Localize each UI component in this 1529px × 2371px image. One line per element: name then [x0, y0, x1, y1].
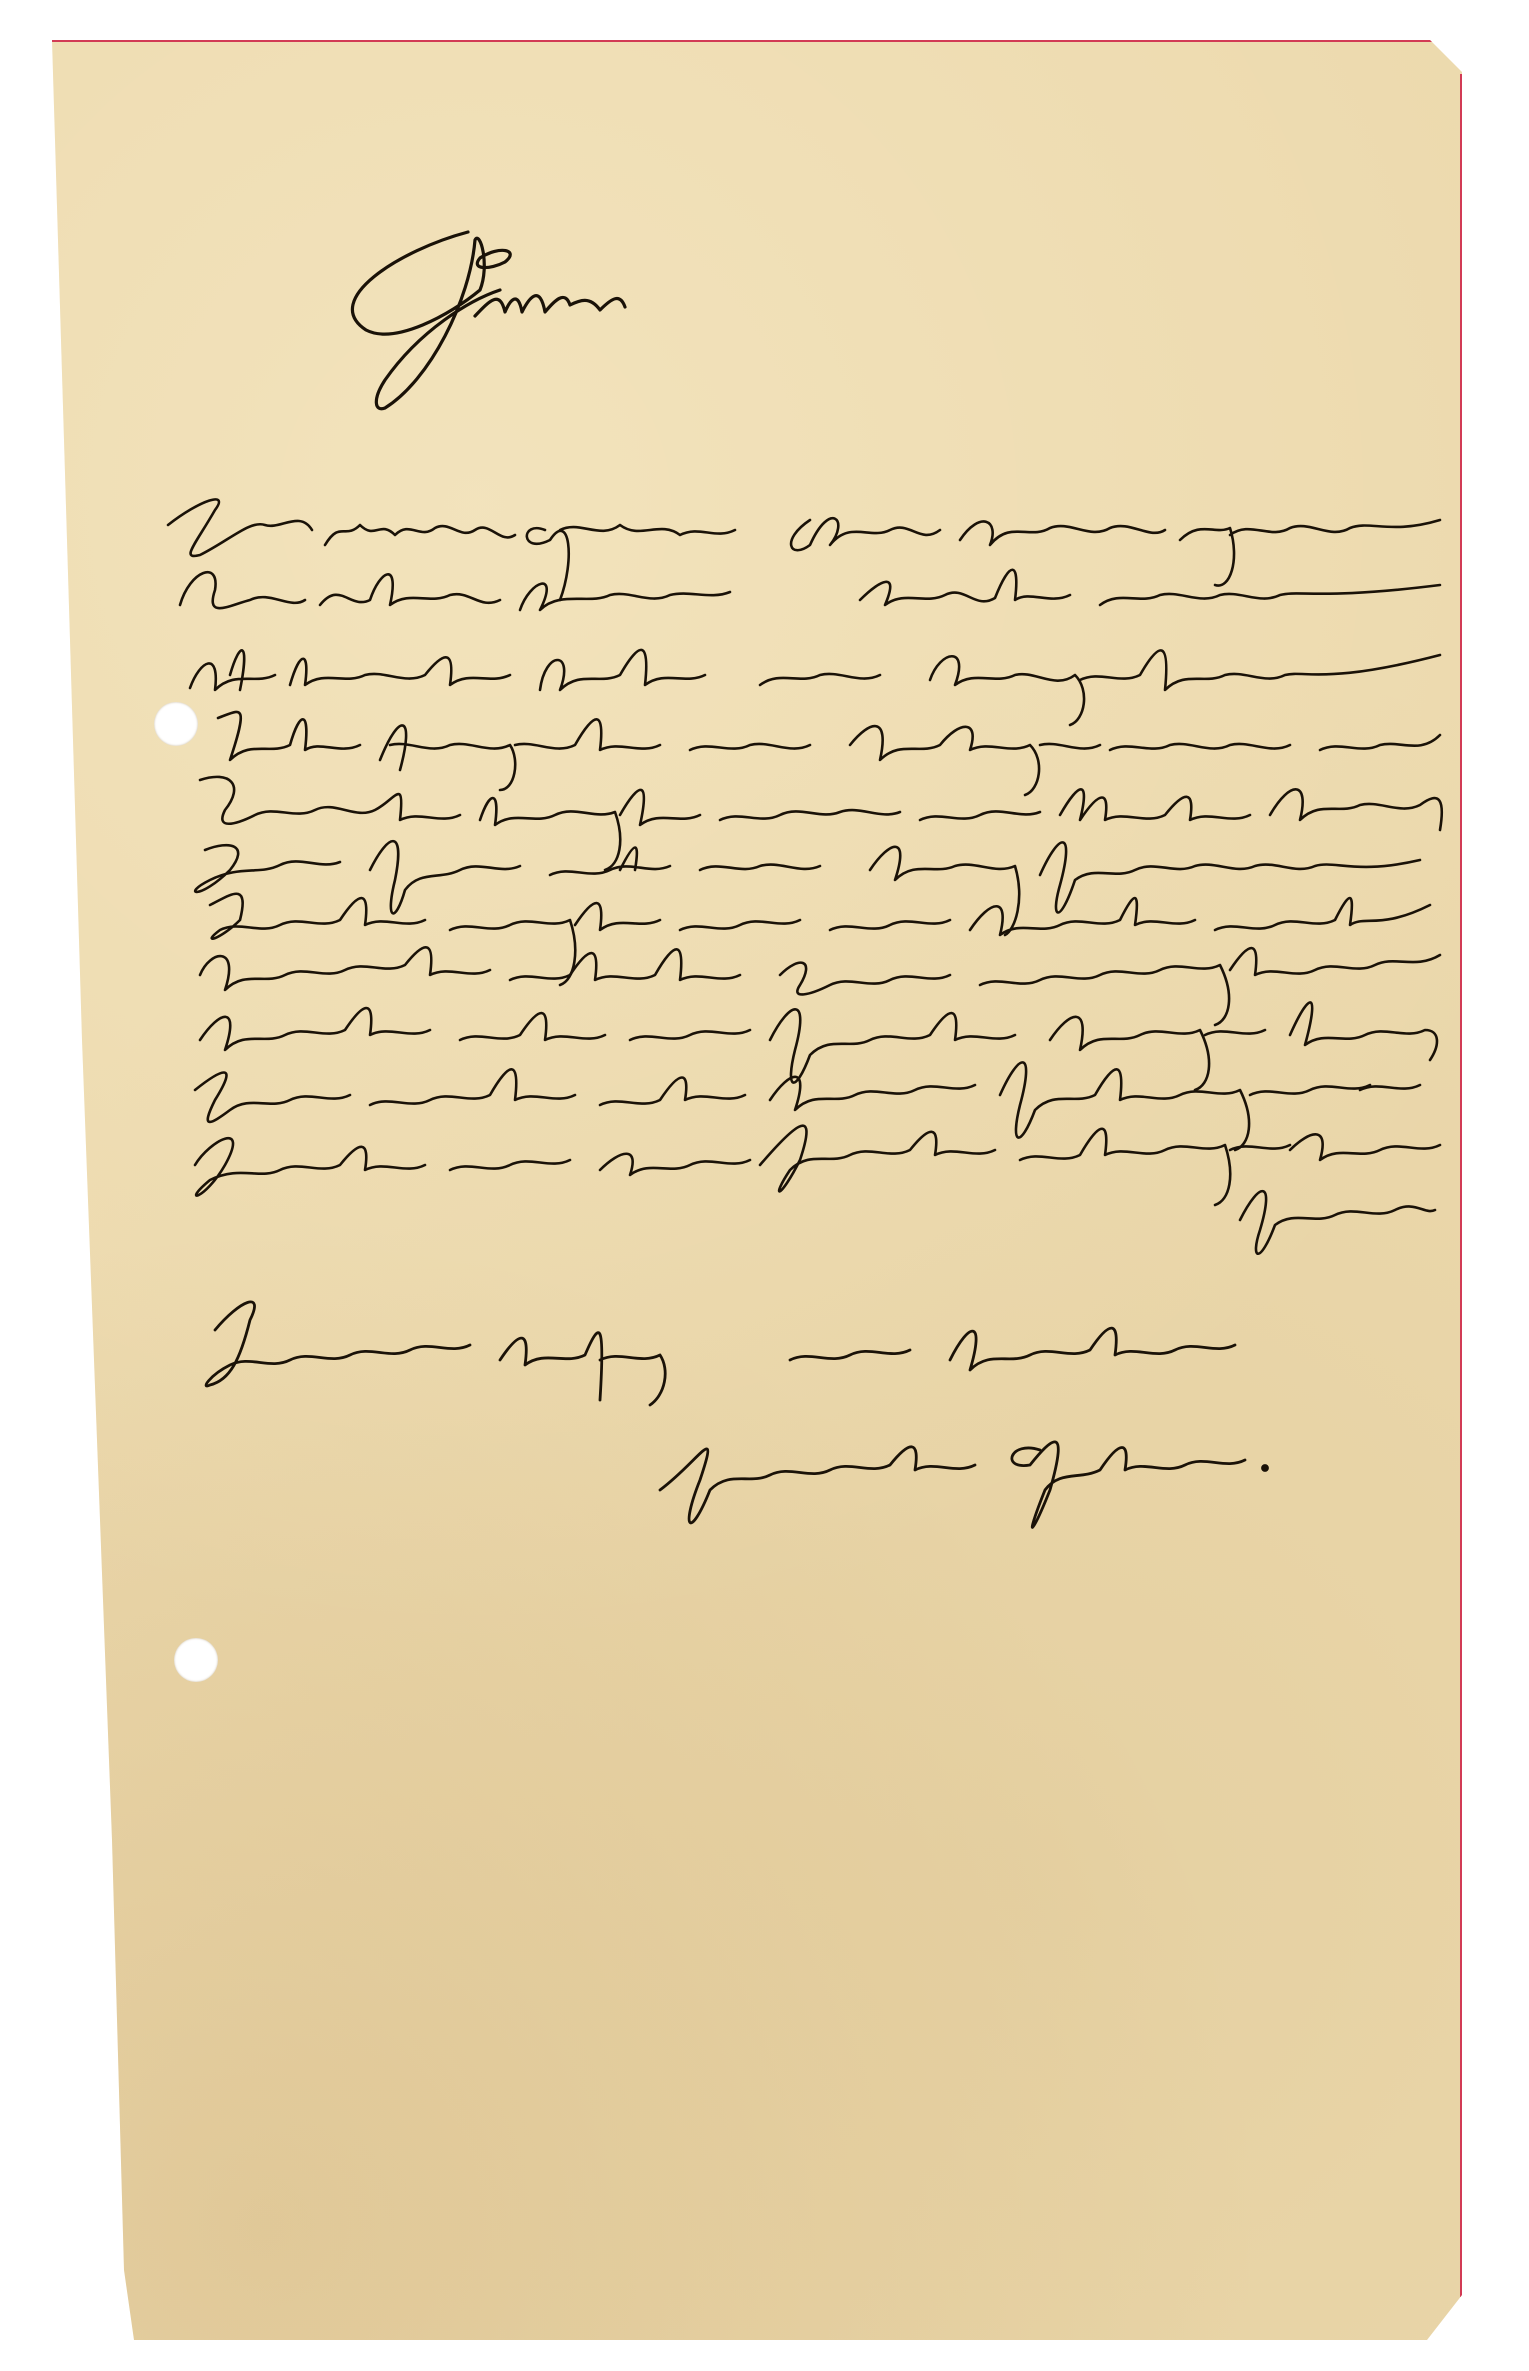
red-page-edge — [1460, 74, 1462, 2297]
punch-hole-bottom — [174, 1638, 218, 1682]
punch-hole-top — [154, 702, 198, 746]
manuscript-page — [52, 40, 1462, 2342]
